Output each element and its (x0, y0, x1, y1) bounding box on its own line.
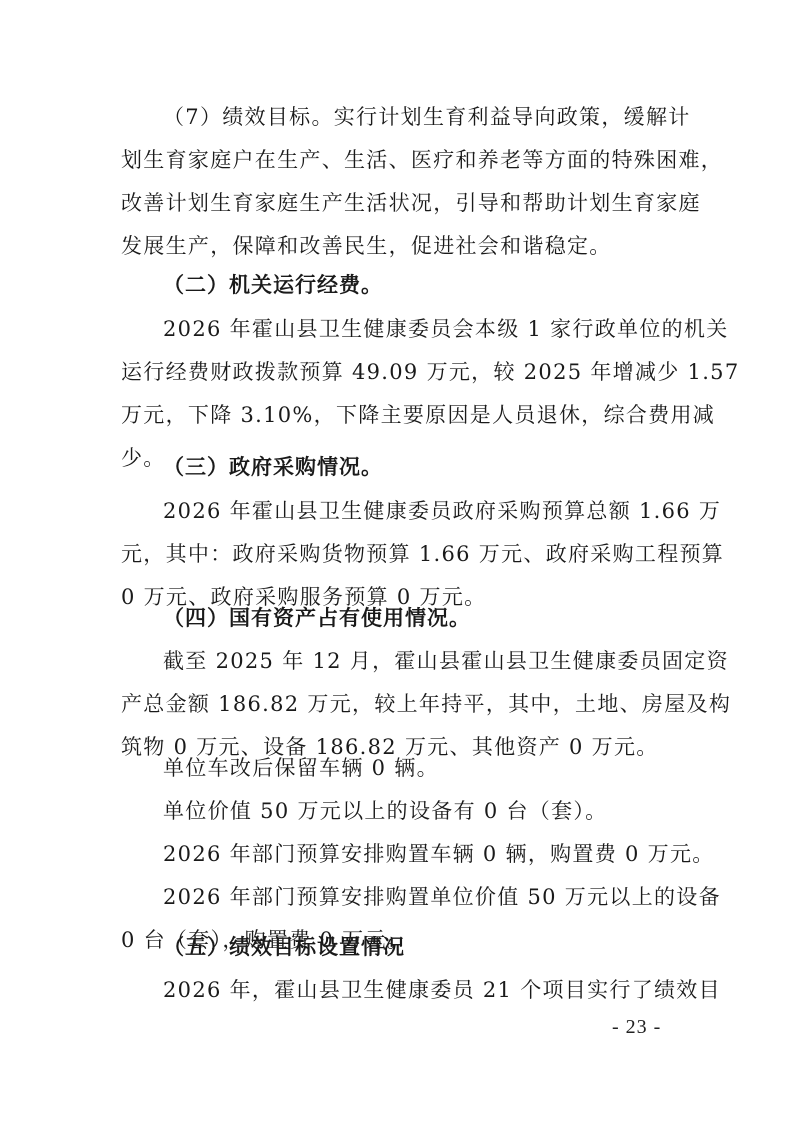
paragraph-line: 改善计划生育家庭生产生活状况，引导和帮助计划生育家庭 (121, 183, 681, 223)
paragraph-line: 单位车改后保留车辆 0 辆。 (163, 748, 681, 788)
document-page: （7）绩效目标。实行计划生育利益导向政策，缓解计 划生育家庭户在生产、生活、医疗… (0, 0, 793, 1122)
paragraph-line: 2026 年霍山县卫生健康委员政府采购预算总额 1.66 万 (163, 491, 681, 531)
paragraph-line: 截至 2025 年 12 月，霍山县霍山县卫生健康委员固定资 (163, 641, 681, 681)
paragraph-line: 运行经费财政拨款预算 49.09 万元，较 2025 年增减少 1.57 (121, 352, 681, 392)
paragraph-line: 发展生产，保障和改善民生，促进社会和谐稳定。 (121, 226, 681, 266)
paragraph-line: 万元，下降 3.10%，下降主要原因是人员退休，综合费用减 (121, 395, 681, 435)
paragraph-line: 2026 年，霍山县卫生健康委员 21 个项目实行了绩效目 (163, 970, 681, 1010)
paragraph-line: 产总金额 186.82 万元，较上年持平，其中，土地、房屋及构 (121, 684, 681, 724)
paragraph-line: 元，其中：政府采购货物预算 1.66 万元、政府采购工程预算 (121, 534, 681, 574)
paragraph-line: 2026 年霍山县卫生健康委员会本级 1 家行政单位的机关 (163, 309, 681, 349)
paragraph-line: 划生育家庭户在生产、生活、医疗和养老等方面的特殊困难， (121, 140, 681, 180)
paragraph-line: （7）绩效目标。实行计划生育利益导向政策，缓解计 (163, 97, 681, 137)
section-heading: （五）绩效目标设置情况 (163, 927, 723, 967)
paragraph-line: 2026 年部门预算安排购置单位价值 50 万元以上的设备 (163, 877, 681, 917)
page-number: - 23 - (612, 1012, 661, 1042)
paragraph-line: 2026 年部门预算安排购置车辆 0 辆，购置费 0 万元。 (163, 834, 681, 874)
section-heading: （二）机关运行经费。 (163, 265, 723, 305)
section-heading: （四）国有资产占有使用情况。 (163, 598, 723, 638)
section-heading: （三）政府采购情况。 (163, 447, 723, 487)
paragraph-line: 单位价值 50 万元以上的设备有 0 台（套）。 (163, 791, 681, 831)
